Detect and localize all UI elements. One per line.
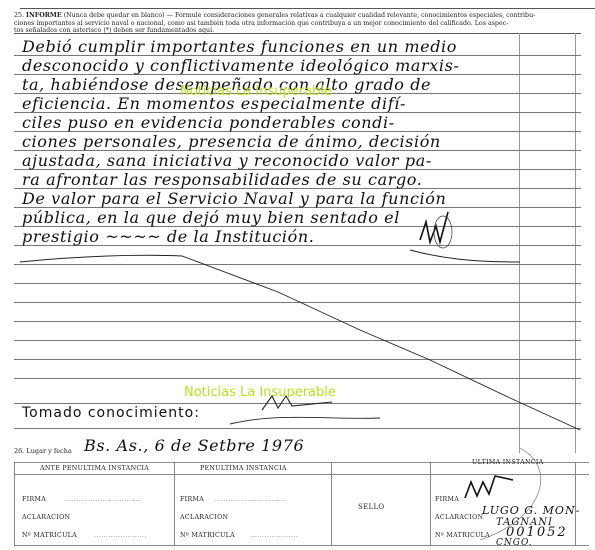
section-26-label: 26. Lugar y fecha: [14, 447, 72, 455]
matricula-field[interactable]: ......................: [94, 532, 147, 539]
table-divider: [14, 462, 15, 546]
watermark-text: Noticias La Insuperable: [184, 385, 336, 400]
firma-label: FIRMA: [435, 496, 459, 503]
table-divider: [331, 462, 332, 546]
table-divider: [174, 462, 175, 546]
signature-table: ANTE PENULTIMA INSTANCIA FIRMA .........…: [14, 462, 595, 546]
firma-field[interactable]: ..............................: [214, 496, 286, 503]
sello-label: SELLO: [358, 503, 384, 511]
matricula-label: Nº MATRICULA: [22, 532, 77, 539]
firma-label: FIRMA: [22, 496, 46, 503]
table-rule: [14, 474, 589, 475]
column-header: ULTIMA INSTANCIA: [472, 459, 544, 466]
aclaracion-value: LUGO G. MON-: [482, 504, 580, 517]
firma-field[interactable]: ................................: [64, 496, 141, 503]
table-divider: [430, 462, 431, 546]
aclaracion-label: ACLARACION: [22, 514, 70, 521]
column-header: ANTE PENULTIMA INSTANCIA: [40, 465, 149, 472]
section-26-number: 26.: [14, 447, 24, 455]
aclaracion-label: ACLARACION: [435, 514, 483, 521]
watermark-text: Noticias La Insuperable: [180, 84, 332, 99]
matricula-label: Nº MATRICULA: [180, 532, 235, 539]
section-26-title: Lugar y fecha: [26, 447, 71, 455]
matricula-label: Nº MATRICULA: [435, 532, 490, 539]
place-date-value: Bs. As., 6 de Setbre 1976: [84, 436, 304, 455]
firma-label: FIRMA: [180, 496, 204, 503]
matricula-field[interactable]: ....................: [250, 532, 298, 539]
column-header: PENULTIMA INSTANCIA: [200, 465, 287, 472]
acknowledgement-text: Tomado conocimiento:: [22, 405, 200, 421]
aclaracion-label: ACLARACION: [180, 514, 228, 521]
rank-value: CNGO.: [496, 538, 533, 548]
